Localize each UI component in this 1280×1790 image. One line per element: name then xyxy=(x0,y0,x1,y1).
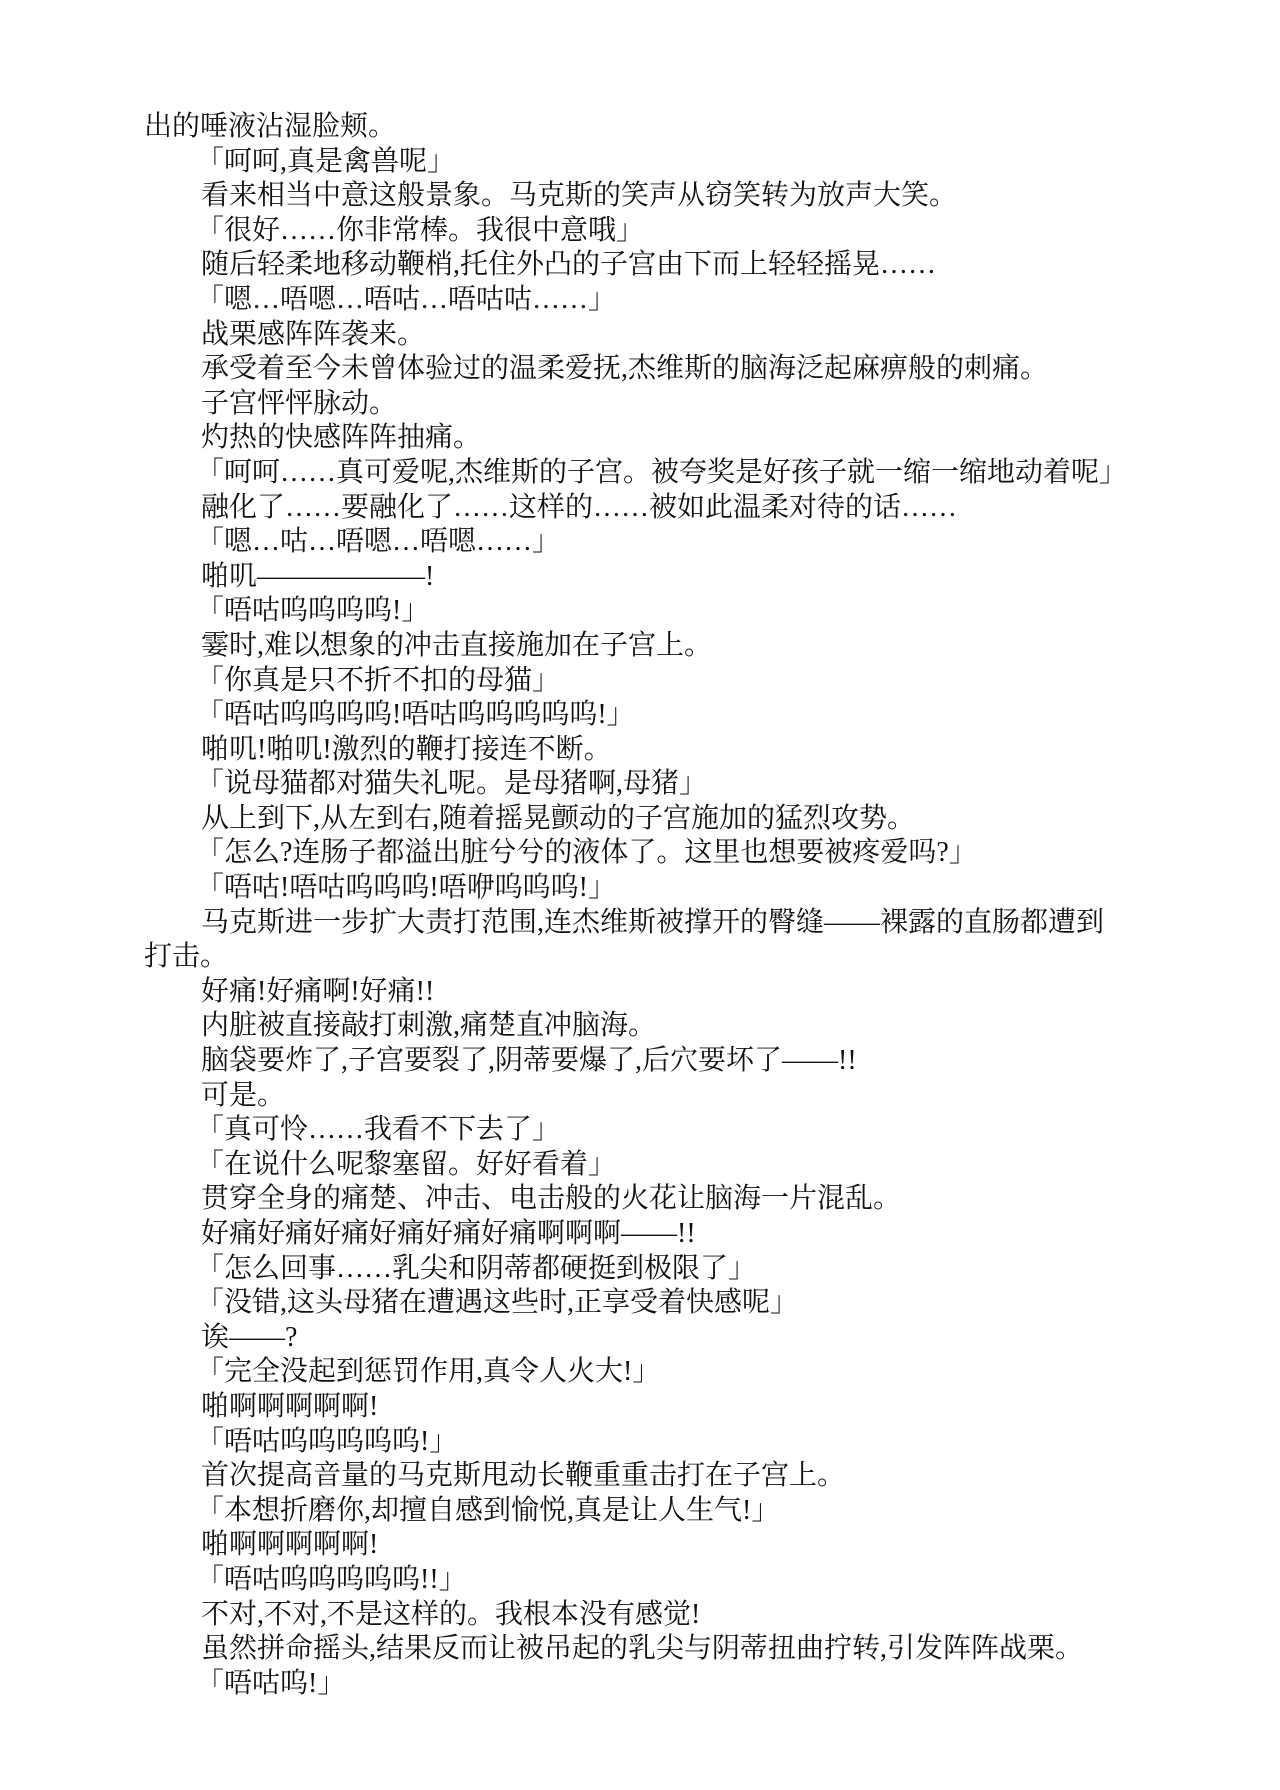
text-line: 「怎么?连肠子都溢出脏兮兮的液体了。这里也想要被疼爱吗?」 xyxy=(144,836,1224,871)
text-line: 马克斯进一步扩大责打范围,连杰维斯被撑开的臀缝——裸露的直肠都遭到 xyxy=(144,906,1224,941)
text-line: 「呵呵……真可爱呢,杰维斯的子宫。被夸奖是好孩子就一缩一缩地动着呢」 xyxy=(144,456,1224,491)
text-line: 啪叽——————! xyxy=(144,560,1224,595)
text-line: 「完全没起到惩罚作用,真令人火大!」 xyxy=(144,1355,1224,1390)
text-line: 承受着至今未曾体验过的温柔爱抚,杰维斯的脑海泛起麻痹般的刺痛。 xyxy=(144,352,1224,387)
text-line: 「没错,这头母猪在遭遇这些时,正享受着快感呢」 xyxy=(144,1286,1224,1321)
text-line: 「唔咕呜呜呜呜呜!」 xyxy=(144,1425,1224,1460)
text-line: 「你真是只不折不扣的母猫」 xyxy=(144,664,1224,699)
text-line: 啪啊啊啊啊啊! xyxy=(144,1528,1224,1563)
text-line: 「唔咕呜呜呜呜呜!!」 xyxy=(144,1563,1224,1598)
text-line: 「嗯…咕…唔嗯…唔嗯……」 xyxy=(144,525,1224,560)
text-line: 好痛好痛好痛好痛好痛好痛啊啊啊——!! xyxy=(144,1217,1224,1252)
text-line: 「怎么回事……乳尖和阴蒂都硬挺到极限了」 xyxy=(144,1252,1224,1287)
text-line: 啪啊啊啊啊啊! xyxy=(144,1390,1224,1425)
text-line: 「唔咕呜呜呜呜!唔咕呜呜呜呜呜!」 xyxy=(144,698,1224,733)
text-line: 啪叽!啪叽!激烈的鞭打接连不断。 xyxy=(144,733,1224,768)
text-line: 打击。 xyxy=(144,940,1224,975)
text-line: 「唔咕!唔咕呜呜呜!唔咿呜呜呜!」 xyxy=(144,871,1224,906)
text-line: 「唔咕呜呜呜呜!」 xyxy=(144,594,1224,629)
text-line: 「很好……你非常棒。我很中意哦」 xyxy=(144,214,1224,249)
document-page: 出的唾液沾湿脸颊。「呵呵,真是禽兽呢」看来相当中意这般景象。马克斯的笑声从窃笑转… xyxy=(0,0,1280,1790)
text-line: 「嗯…唔嗯…唔咕…唔咕咕……」 xyxy=(144,283,1224,318)
text-line: 从上到下,从左到右,随着摇晃颤动的子宫施加的猛烈攻势。 xyxy=(144,802,1224,837)
text-line: 内脏被直接敲打刺激,痛楚直冲脑海。 xyxy=(144,1009,1224,1044)
text-line: 首次提高音量的马克斯甩动长鞭重重击打在子宫上。 xyxy=(144,1459,1224,1494)
text-line: 「在说什么呢黎塞留。好好看着」 xyxy=(144,1148,1224,1183)
text-line: 随后轻柔地移动鞭梢,托住外凸的子宫由下而上轻轻摇晃…… xyxy=(144,248,1224,283)
page-text: 出的唾液沾湿脸颊。「呵呵,真是禽兽呢」看来相当中意这般景象。马克斯的笑声从窃笑转… xyxy=(144,110,1224,1701)
text-line: 出的唾液沾湿脸颊。 xyxy=(144,110,1224,145)
text-line: 诶——? xyxy=(144,1321,1224,1356)
text-line: 好痛!好痛啊!好痛!! xyxy=(144,975,1224,1010)
text-line: 战栗感阵阵袭来。 xyxy=(144,318,1224,353)
text-line: 不对,不对,不是这样的。我根本没有感觉! xyxy=(144,1598,1224,1633)
text-line: 「唔咕呜!」 xyxy=(144,1667,1224,1702)
text-line: 「本想折磨你,却擅自感到愉悦,真是让人生气!」 xyxy=(144,1494,1224,1529)
text-line: 可是。 xyxy=(144,1079,1224,1114)
text-line: 脑袋要炸了,子宫要裂了,阴蒂要爆了,后穴要坏了——!! xyxy=(144,1044,1224,1079)
text-line: 贯穿全身的痛楚、冲击、电击般的火花让脑海一片混乱。 xyxy=(144,1182,1224,1217)
text-line: 融化了……要融化了……这样的……被如此温柔对待的话…… xyxy=(144,491,1224,526)
text-line: 子宫怦怦脉动。 xyxy=(144,387,1224,422)
text-line: 霎时,难以想象的冲击直接施加在子宫上。 xyxy=(144,629,1224,664)
text-line: 看来相当中意这般景象。马克斯的笑声从窃笑转为放声大笑。 xyxy=(144,179,1224,214)
text-line: 「呵呵,真是禽兽呢」 xyxy=(144,145,1224,180)
text-line: 「说母猫都对猫失礼呢。是母猪啊,母猪」 xyxy=(144,767,1224,802)
text-line: 灼热的快感阵阵抽痛。 xyxy=(144,421,1224,456)
text-line: 虽然拼命摇头,结果反而让被吊起的乳尖与阴蒂扭曲拧转,引发阵阵战栗。 xyxy=(144,1632,1224,1667)
text-line: 「真可怜……我看不下去了」 xyxy=(144,1113,1224,1148)
